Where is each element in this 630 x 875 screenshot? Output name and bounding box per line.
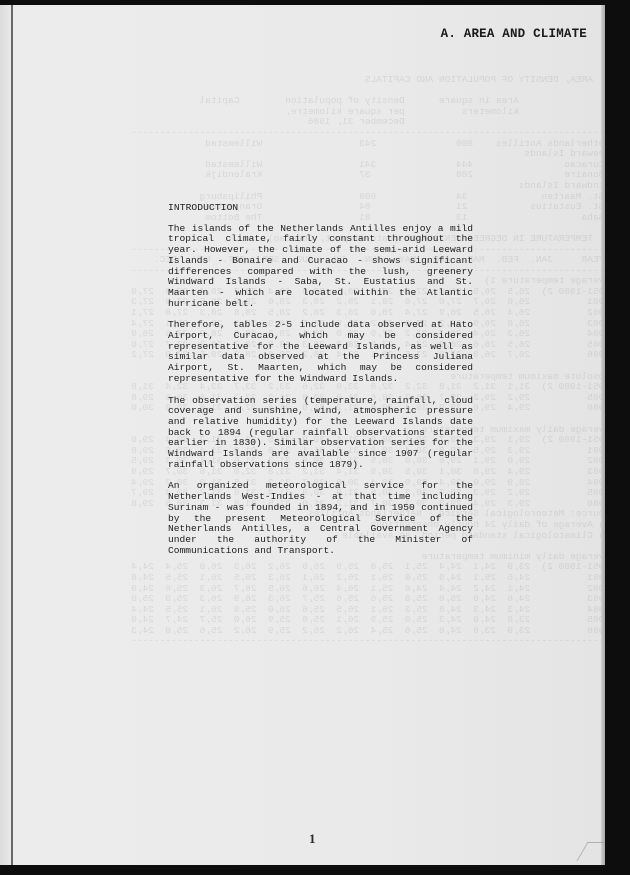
binding-edge-line bbox=[11, 5, 13, 865]
scanned-page-view: 1. AREA, DENSITY OF POPULATION AND CAPIT… bbox=[0, 0, 630, 875]
introduction-heading: INTRODUCTION bbox=[168, 203, 473, 214]
section-title: A. AREA AND CLIMATE bbox=[441, 27, 587, 41]
document-page: 1. AREA, DENSITY OF POPULATION AND CAPIT… bbox=[0, 5, 605, 865]
page-right-edge bbox=[601, 5, 605, 865]
paragraph-observation-stations: Therefore, tables 2-5 include data obser… bbox=[168, 320, 473, 384]
introduction-section: INTRODUCTION The islands of the Netherla… bbox=[168, 203, 473, 567]
paragraph-climate-overview: The islands of the Netherlands Antilles … bbox=[168, 224, 473, 310]
paragraph-meteorological-service: An organized meteorological service for … bbox=[168, 481, 473, 556]
page-number: 1 bbox=[309, 831, 316, 847]
paragraph-observation-series: The observation series (temperature, rai… bbox=[168, 396, 473, 471]
